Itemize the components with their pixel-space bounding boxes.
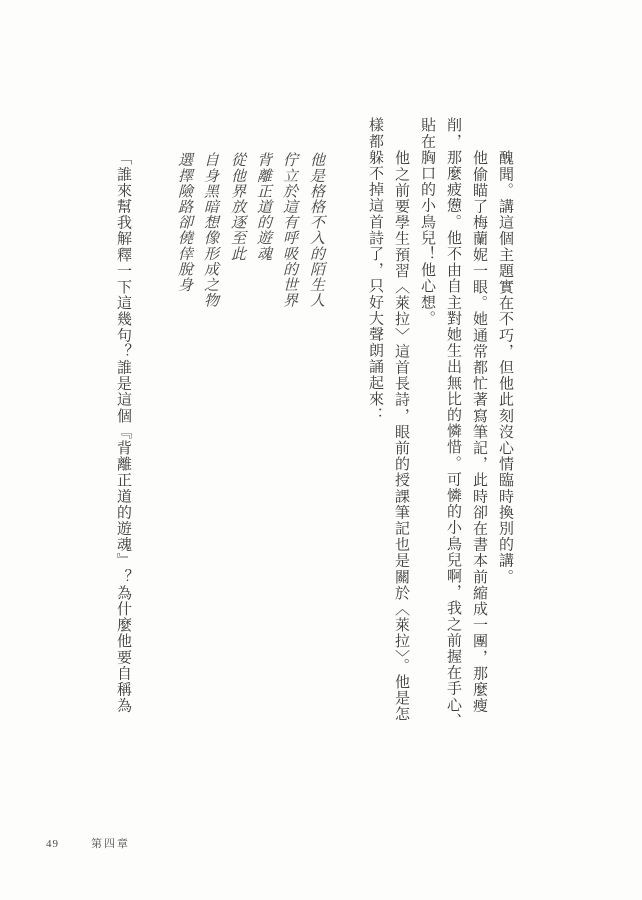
book-page: 醜聞。講這個主題實在不巧，但他此刻沒心情臨時換別的講。 他偷瞄了梅蘭妮一眼。她通…: [0, 0, 642, 900]
prose-column-6: 樣都躲不掉這首詩了，只好大聲朗誦起來：: [366, 117, 383, 423]
page-number: 49: [46, 838, 59, 850]
poem-line-6: 選擇險路卻僥倖脫身: [175, 152, 192, 292]
prose-column-4: 貼在胸口的小鳥兒！他心想。: [418, 117, 435, 326]
poem-line-1: 他是格格不入的陌生人: [307, 152, 324, 308]
dialogue-column: 「誰來幫我解釋一下這幾句？誰是這個『背離正道的遊魂』？為什麼他要自稱為: [114, 150, 131, 714]
vertical-text-block: 醜聞。講這個主題實在不巧，但他此刻沒心情臨時換別的講。 他偷瞄了梅蘭妮一眼。她通…: [0, 0, 642, 900]
prose-column-3: 削，那麼疲憊。他不由自主對她生出無比的憐惜。可憐的小鳥兒啊，我之前握在手心、: [444, 117, 461, 729]
poem-line-4: 從他界放逐至此: [228, 152, 245, 261]
poem-line-5: 自身黑暗想像形成之物: [201, 152, 218, 308]
page-footer: 49 第四章: [46, 835, 130, 851]
poem-line-2: 佇立於這有呼吸的世界: [280, 152, 297, 308]
prose-column-5: 他之前要學生預習〈萊拉〉這首長詩，眼前的授課筆記也是關於〈萊拉〉。他是怎: [392, 150, 409, 722]
prose-column-1: 醜聞。講這個主題實在不巧，但他此刻沒心情臨時換別的講。: [496, 150, 513, 585]
prose-column-2: 他偷瞄了梅蘭妮一眼。她通常都忙著寫筆記，此時卻在書本前縮成一團，那麼瘦: [470, 150, 487, 714]
chapter-title: 第四章: [91, 835, 130, 851]
poem-line-3: 背離正道的遊魂: [254, 152, 271, 261]
